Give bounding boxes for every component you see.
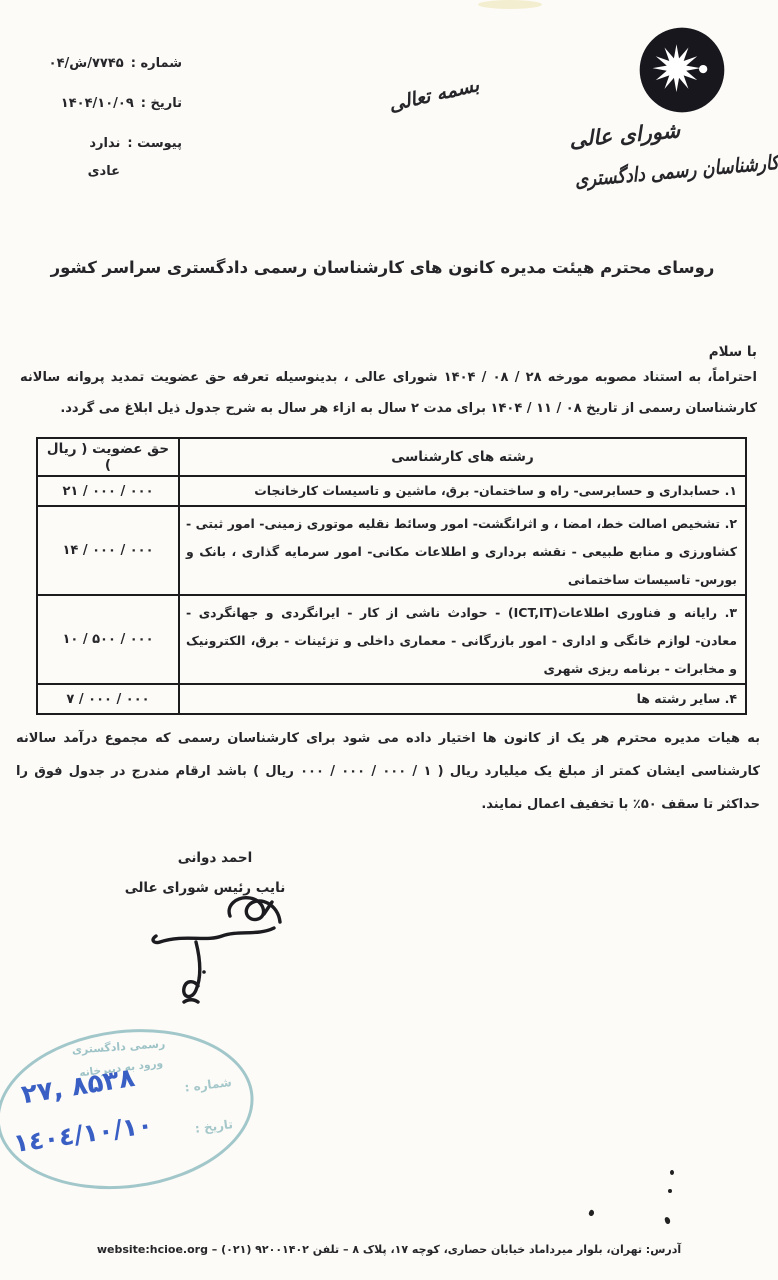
table-cell-fee: ۷ / ۰۰۰ / ۰۰۰: [37, 684, 179, 714]
scan-smudge: [478, 0, 542, 9]
footer-address: آدرس: تهران، بلوار میرداماد خیابان حصاری…: [0, 1243, 778, 1256]
discount-note: به هیات مدیره محترم هر یک از کانون ها اخ…: [16, 722, 760, 821]
table-cell-fee: ۲۱ / ۰۰۰ / ۰۰۰: [37, 476, 179, 506]
recipient-heading: روسای محترم هیئت مدیره کانون های کارشناس…: [45, 256, 720, 280]
handwritten-signature: [118, 884, 303, 1013]
letter-date-label: تاریخ :: [141, 96, 182, 111]
ink-dot: [664, 1216, 671, 1224]
org-logo: [636, 24, 728, 116]
letter-attachment-row: پیوست :ندارد: [22, 136, 182, 151]
scanned-letter-page: شورای عالی کارشناسان رسمی دادگستری بسمه …: [0, 0, 778, 1280]
ink-dot: [670, 1170, 674, 1175]
table-header-row: رشته های کارشناسی حق عضویت ( ریال ): [37, 438, 746, 476]
table-cell-subject: ۲. تشخیص اصالت خط، امضا ، و اثرانگشت- ام…: [179, 506, 746, 595]
ink-dot: [668, 1189, 672, 1193]
justice-seal-icon: [636, 24, 728, 116]
letter-date-row: تاریخ :۱۴۰۴/۱۰/۰۹: [22, 96, 182, 111]
org-name: شورای عالی کارشناسان رسمی دادگستری: [545, 104, 778, 204]
column-header-subjects: رشته های کارشناسی: [179, 438, 746, 476]
letter-number-label: شماره :: [131, 56, 182, 71]
besmellah-calligraphy: بسمه تعالی: [387, 74, 481, 116]
letter-body: احتراماً، به استناد مصوبه مورخه ۲۸ / ۰۸ …: [20, 362, 757, 424]
table-cell-fee: ۱۰ / ۵۰۰ / ۰۰۰: [37, 595, 179, 684]
table-row: ۱. حسابداری و حسابرسی- راه و ساختمان- بر…: [37, 476, 746, 506]
table-cell-subject: ۱. حسابداری و حسابرسی- راه و ساختمان- بر…: [179, 476, 746, 506]
salutation: با سلام: [709, 344, 757, 360]
registry-stamp: رسمی دادگستری ورود به دبیرخانه شماره : ت…: [0, 1006, 269, 1209]
letter-meta-fields: شماره :۷۷۴۵/ش/۰۴ تاریخ :۱۴۰۴/۱۰/۰۹ پیوست…: [22, 56, 182, 204]
letter-classification: عادی: [22, 164, 182, 179]
table-cell-subject: ۴. سایر رشته ها: [179, 684, 746, 714]
letter-attachment-label: پیوست :: [127, 136, 182, 151]
table-cell-fee: ۱۴ / ۰۰۰ / ۰۰۰: [37, 506, 179, 595]
letter-number-value: ۷۷۴۵/ش/۰۴: [49, 56, 124, 71]
ink-dot: [588, 1209, 595, 1217]
table-row: ۲. تشخیص اصالت خط، امضا ، و اثرانگشت- ام…: [37, 506, 746, 595]
letter-date-value: ۱۴۰۴/۱۰/۰۹: [61, 96, 134, 111]
column-header-fee: حق عضویت ( ریال ): [37, 438, 179, 476]
membership-fees-table: رشته های کارشناسی حق عضویت ( ریال ) ۱. ح…: [36, 437, 747, 715]
table-row: ۴. سایر رشته ها ۷ / ۰۰۰ / ۰۰۰: [37, 684, 746, 714]
table-row: ۳. رایانه و فناوری اطلاعات(ICT,IT) - حوا…: [37, 595, 746, 684]
letter-number-row: شماره :۷۷۴۵/ش/۰۴: [22, 56, 182, 71]
letter-attachment-value: ندارد: [89, 136, 120, 151]
signatory-name: احمد دوانی: [150, 850, 280, 866]
signature-scribble-icon: [118, 884, 303, 1009]
table-cell-subject: ۳. رایانه و فناوری اطلاعات(ICT,IT) - حوا…: [179, 595, 746, 684]
